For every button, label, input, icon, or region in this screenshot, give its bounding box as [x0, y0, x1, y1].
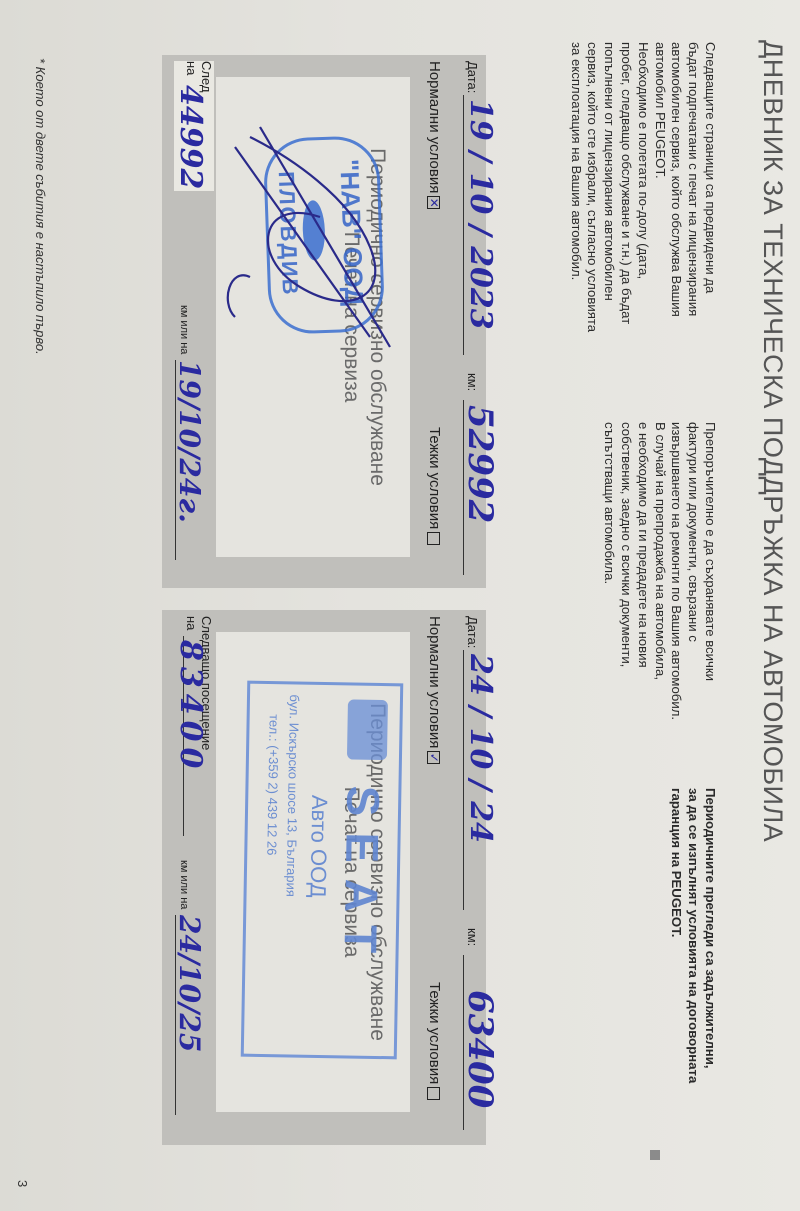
- normal-conditions-checkbox-2[interactable]: ✓: [427, 751, 440, 764]
- normal-conditions-row-1: Нормални условия✕: [426, 61, 443, 209]
- next-at-label-1: на: [184, 61, 199, 75]
- stamp-address: бул. Искърско шосе 13, България: [284, 694, 303, 897]
- date-value-2[interactable]: 24 / 10 / 24: [463, 654, 498, 843]
- stamp-area-1: Периодично сервизно обслужване Печат на …: [216, 77, 410, 557]
- intro-paragraph-right: Периодичните прегледи са задължителни, з…: [668, 788, 718, 1118]
- normal-conditions-row-2: Нормални условия✓: [426, 616, 443, 764]
- date-label-2: Дата:: [465, 616, 480, 648]
- stamp-area-2: Периодично сервизно обслужване Печат на …: [216, 632, 410, 1112]
- service-entry-1: Периодично сервизно обслужване Печат на …: [162, 55, 486, 588]
- normal-conditions-checkbox-1[interactable]: ✕: [427, 196, 440, 209]
- km-value-1[interactable]: 52992: [460, 405, 500, 523]
- maintenance-log-page: ДНЕВНИК ЗА ТЕХНИЧЕСКА ПОДДРЪЖКА НА АВТОМ…: [0, 0, 800, 1211]
- severe-conditions-label-1: Тежки условия: [426, 427, 443, 529]
- km-label-1: км:: [465, 373, 480, 391]
- footnote: * Което от двете събития е настъпило пър…: [33, 58, 48, 355]
- next-at-label-2: на: [184, 616, 199, 630]
- next-km-value-2[interactable]: 83400: [173, 640, 208, 774]
- next-km-value-1[interactable]: 44992: [173, 85, 208, 189]
- normal-conditions-label-2: Нормални условия: [426, 616, 443, 748]
- page-number: 3: [15, 1180, 30, 1187]
- service-stamp-seat: SEAT Авто ООД бул. Искърско шосе 13, Бъл…: [241, 681, 404, 1060]
- page-title: ДНЕВНИК ЗА ТЕХНИЧЕСКА ПОДДРЪЖКА НА АВТОМ…: [757, 40, 788, 842]
- km-label-2: км:: [465, 928, 480, 946]
- date-label-1: Дата:: [465, 61, 480, 93]
- km-or-on-label-2: км или на: [178, 860, 190, 909]
- stamp-phone: тел.: (+359 2) 439 12 26: [264, 714, 281, 856]
- km-or-on-label-1: км или на: [178, 305, 190, 354]
- normal-conditions-label-1: Нормални условия: [426, 61, 443, 193]
- severe-conditions-row-1: Тежки условия: [426, 427, 443, 545]
- severe-conditions-row-2: Тежки условия: [426, 982, 443, 1100]
- section-marker-square: [650, 1150, 660, 1160]
- severe-conditions-label-2: Тежки условия: [426, 982, 443, 1084]
- next-date-value-1[interactable]: 19/10/24г.: [173, 360, 206, 523]
- severe-conditions-checkbox-1[interactable]: [427, 532, 440, 545]
- intro-paragraph-middle: Препоръчително е да съхранявате всички ф…: [600, 422, 718, 742]
- intro-paragraph-left: Следващите страници са предвидени да бъд…: [567, 42, 718, 362]
- service-entry-2: Периодично сервизно обслужване Печат на …: [162, 610, 486, 1145]
- seat-logo-icon: [347, 699, 388, 760]
- stamp-brand: SEAT: [333, 785, 390, 969]
- stamp-company: Авто ООД: [305, 795, 333, 898]
- km-value-2[interactable]: 63400: [460, 990, 500, 1108]
- date-value-1[interactable]: 19 / 10 / 2023: [463, 99, 498, 330]
- signature-1: [216, 117, 410, 377]
- severe-conditions-checkbox-2[interactable]: [427, 1087, 440, 1100]
- next-date-value-2[interactable]: 24/10/25: [173, 915, 206, 1052]
